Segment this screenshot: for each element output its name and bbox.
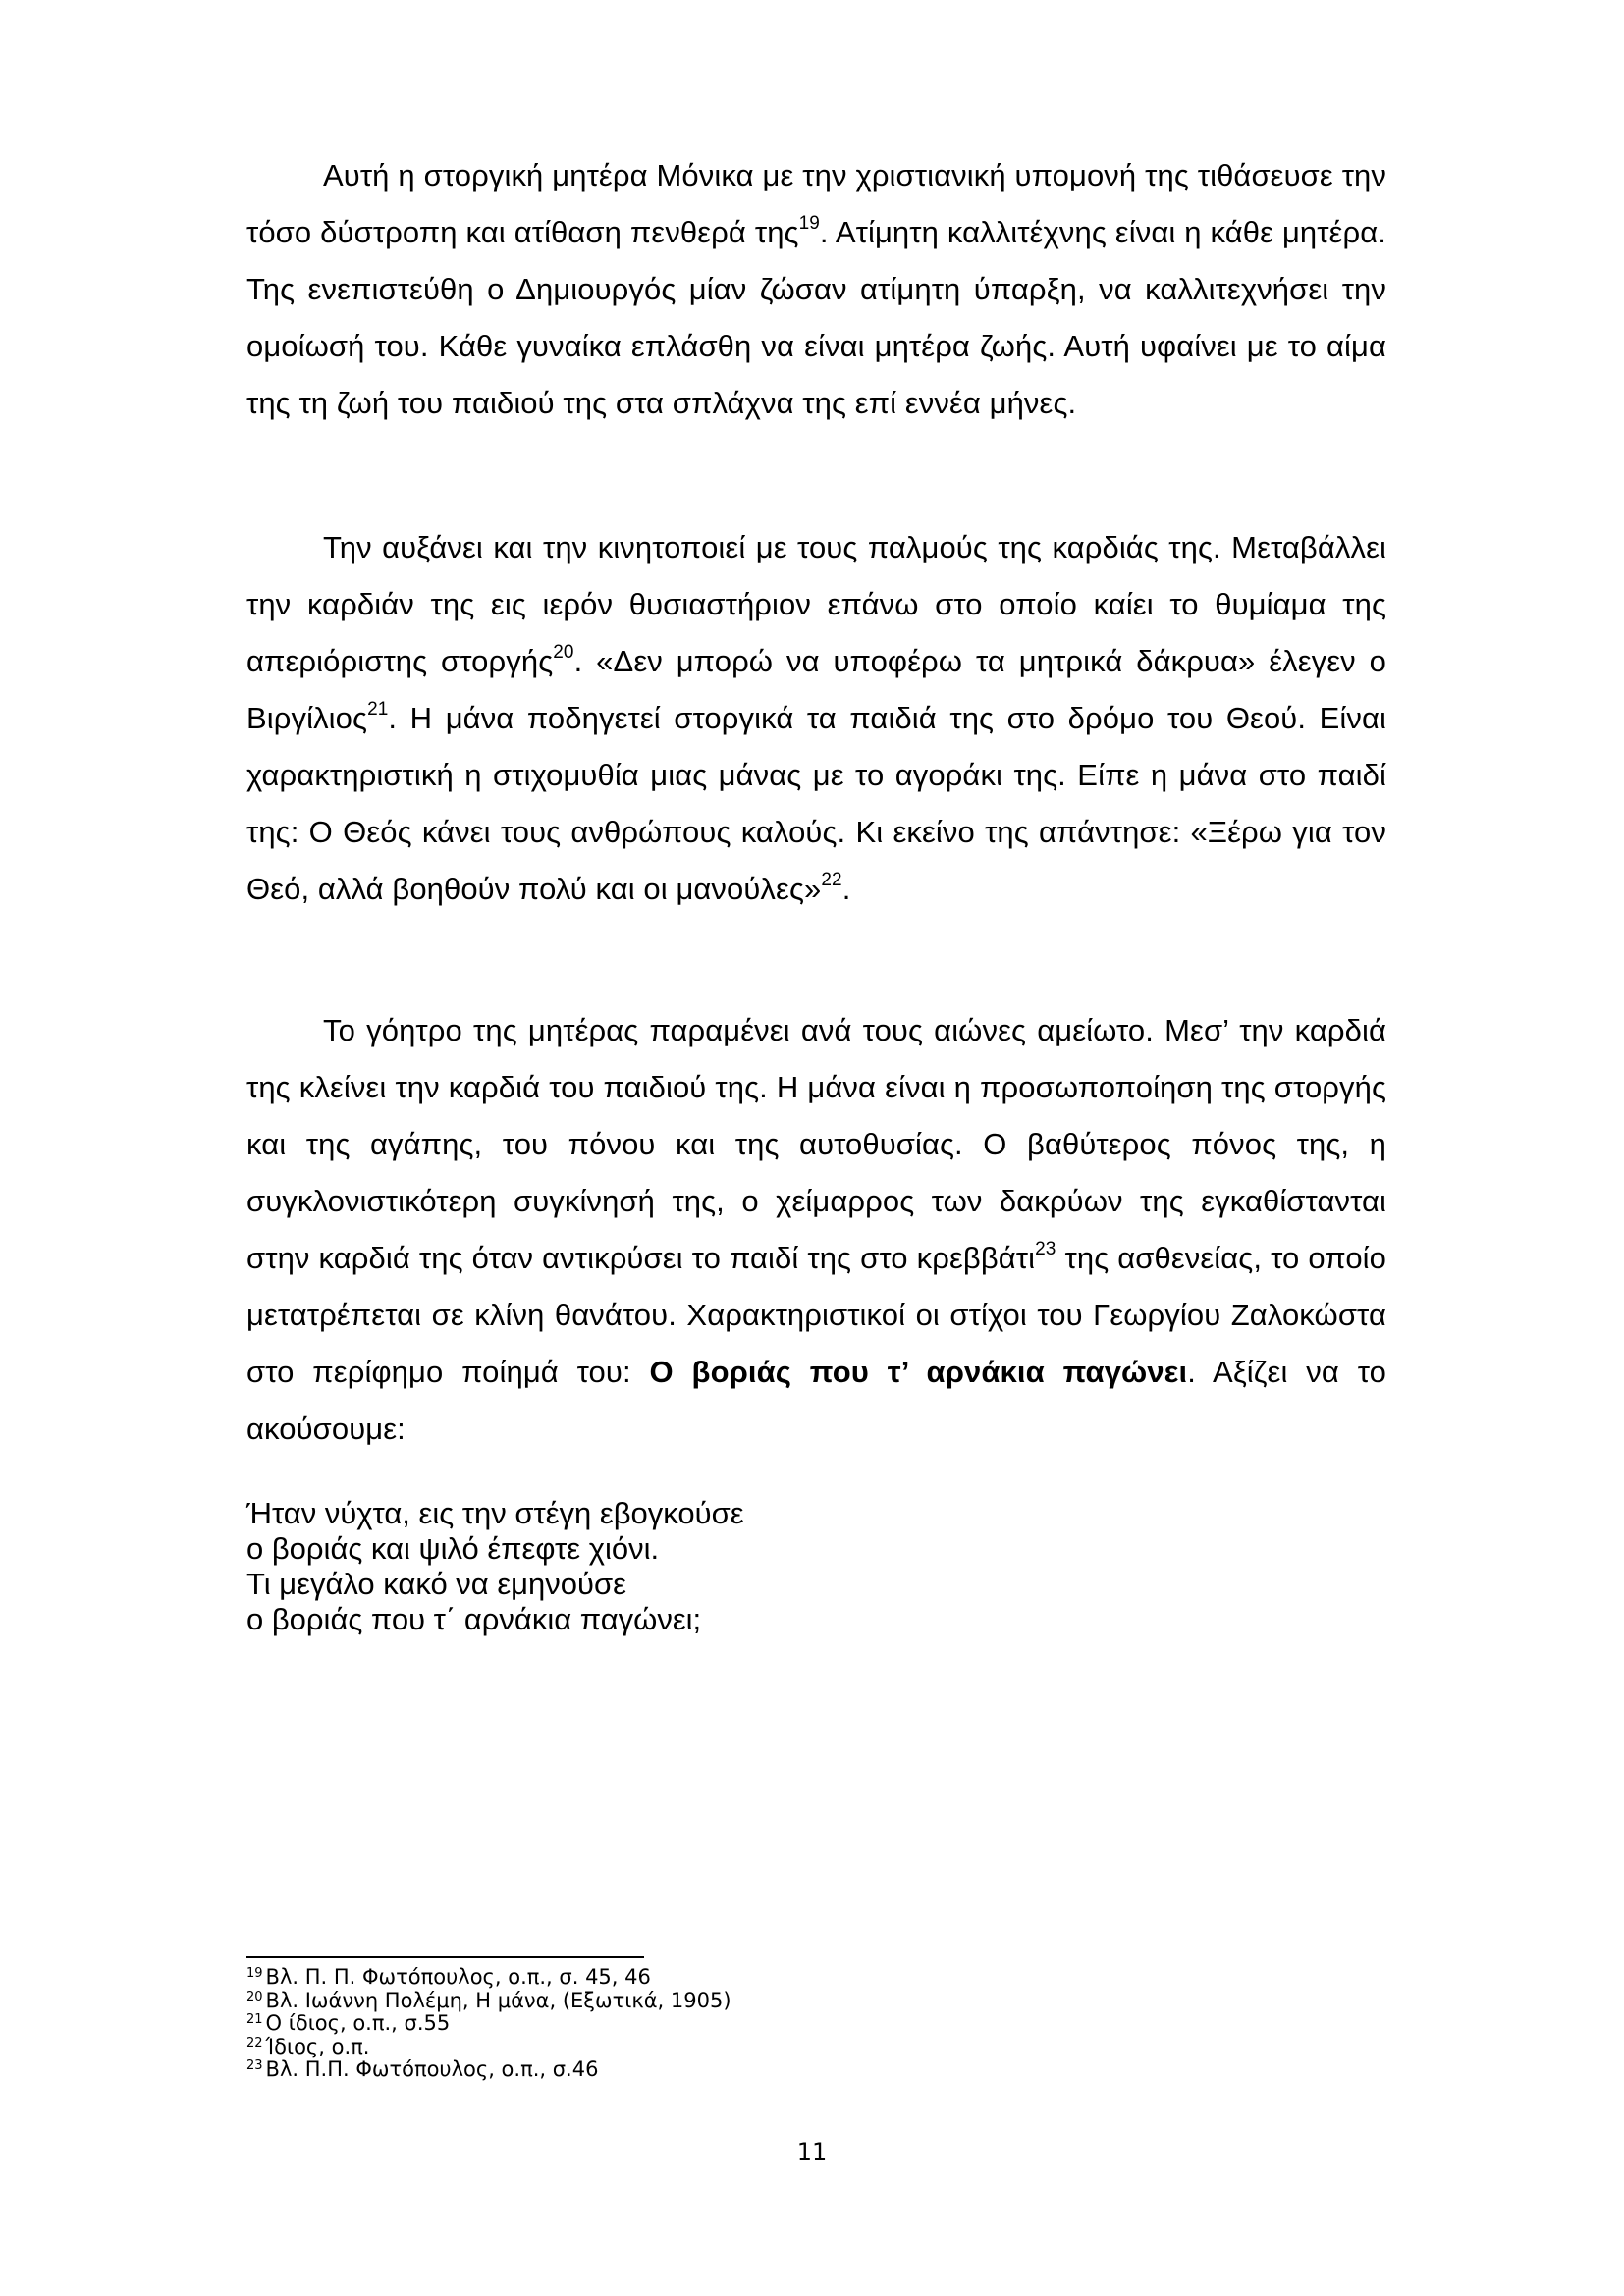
footnote-23: 23Βλ. Π.Π. Φωτόπουλος, ο.π., σ.46 bbox=[246, 2058, 731, 2082]
poem-line: ο βοριάς που τ΄ αρνάκια παγώνει; bbox=[246, 1602, 744, 1637]
poem-line: Τι μεγάλο κακό να εμηνούσε bbox=[246, 1567, 744, 1602]
footnote-21: 21Ο ίδιος, ο.π., σ.55 bbox=[246, 2012, 731, 2036]
footnote-ref: 22 bbox=[821, 870, 841, 890]
footnote-20: 20Βλ. Ιωάννη Πολέμη, Η μάνα, (Εξωτικά, 1… bbox=[246, 1990, 731, 2013]
footnote-separator bbox=[246, 1956, 644, 1958]
footnote-ref: 23 bbox=[1035, 1239, 1056, 1259]
paragraph-1: Αυτή η στοργική μητέρα Μόνικα με την χρι… bbox=[246, 147, 1386, 432]
footnote-ref: 21 bbox=[367, 699, 388, 720]
text-run: . bbox=[842, 872, 851, 906]
poem-line: Ήταν νύχτα, εις την στέγη εβογκούσε bbox=[246, 1496, 744, 1531]
poem-title: Ο βοριάς που τ’ αρνάκια παγώνει bbox=[650, 1355, 1188, 1389]
paragraph-3: Το γόητρο της μητέρας παραμένει ανά τους… bbox=[246, 1002, 1386, 1458]
paragraph-2: Την αυξάνει και την κινητοποιεί με τους … bbox=[246, 519, 1386, 918]
footnote-19: 19Βλ. Π. Π. Φωτόπουλος, ο.π., σ. 45, 46 bbox=[246, 1966, 731, 1990]
text-run: Το γόητρο της μητέρας παραμένει ανά τους… bbox=[246, 1013, 1386, 1275]
footnote-ref: 19 bbox=[799, 213, 820, 234]
poem-line: ο βοριάς και ψιλό έπεφτε χιόνι. bbox=[246, 1531, 744, 1567]
document-page: Αυτή η στοργική μητέρα Μόνικα με την χρι… bbox=[0, 0, 1624, 2296]
poem-excerpt: Ήταν νύχτα, εις την στέγη εβογκούσε ο βο… bbox=[246, 1496, 744, 1637]
footnote-22: 22Ίδιος, ο.π. bbox=[246, 2036, 731, 2059]
footnote-ref: 20 bbox=[553, 642, 573, 663]
page-number: 11 bbox=[0, 2138, 1624, 2165]
text-run: . Η μάνα ποδηγετεί στοργικά τα παιδιά τη… bbox=[246, 701, 1386, 906]
footnotes: 19Βλ. Π. Π. Φωτόπουλος, ο.π., σ. 45, 46 … bbox=[246, 1966, 731, 2082]
